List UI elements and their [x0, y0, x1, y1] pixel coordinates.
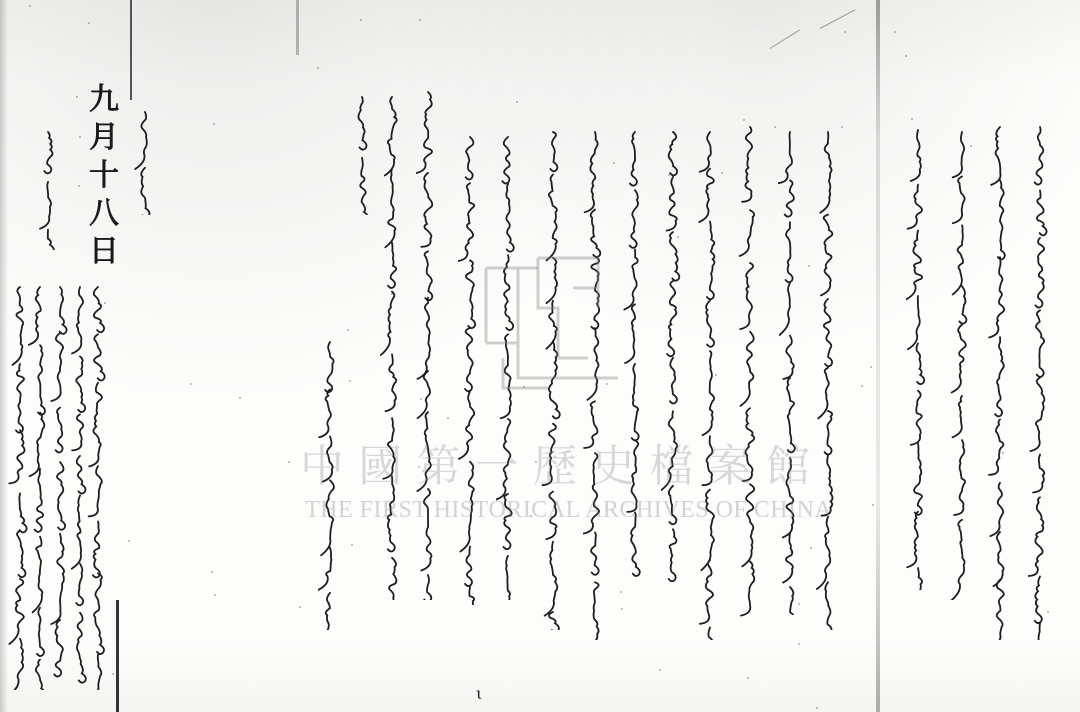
date-char: 月 [89, 122, 119, 154]
fold-line [876, 0, 880, 712]
paper-speck [349, 380, 351, 382]
paper-speck [128, 540, 130, 542]
ink-mark: ι [476, 684, 482, 703]
paper-crease [820, 9, 856, 29]
paper-speck [419, 19, 421, 21]
manchu-column [738, 125, 762, 625]
paper-speck [613, 162, 615, 164]
archive-seal-logo [478, 248, 626, 398]
date-char: 八 [89, 198, 119, 230]
manchu-column [133, 110, 157, 215]
paper-speck [861, 385, 863, 387]
paper-speck [621, 608, 623, 610]
date-char: 十 [89, 160, 119, 192]
paper-speck [743, 119, 745, 121]
paper-speck [288, 461, 290, 463]
manchu-column [8, 285, 32, 690]
manchu-column [906, 128, 930, 590]
paper-speck [774, 126, 776, 128]
paper-speck [677, 236, 679, 238]
paper-speck [798, 643, 800, 645]
paper-speck [790, 551, 792, 553]
paper-speck [76, 96, 78, 98]
paper-speck [420, 398, 422, 400]
paper-speck [970, 145, 972, 147]
paper-speck [1047, 611, 1049, 613]
paper-speck [391, 293, 393, 295]
page-edge-shadow [0, 0, 8, 712]
date-char: 日 [89, 236, 119, 268]
manchu-column [350, 95, 374, 215]
chinese-date: 九 月 十 八 日 [86, 84, 122, 268]
manchu-column [778, 130, 802, 615]
paper-speck [659, 669, 661, 671]
paper-speck [959, 541, 961, 543]
paper-speck [351, 544, 353, 546]
paper-speck [816, 707, 818, 709]
manchu-column [36, 130, 60, 250]
manchu-column [1028, 125, 1052, 640]
fold-line [296, 0, 299, 55]
paper-speck [360, 19, 362, 21]
manchu-column [698, 130, 722, 640]
watermark-chinese: 中國第一歷史檔案館 [300, 430, 810, 494]
paper-crease [770, 30, 800, 49]
fold-line [130, 0, 132, 100]
watermark-english: THE FIRST HISTORICAL ARCHIVES OF CHINA [305, 497, 805, 524]
manchu-column [380, 95, 404, 600]
paper-speck [29, 5, 31, 7]
date-char: 九 [89, 84, 119, 116]
manchu-column [816, 130, 840, 630]
paper-speck [810, 547, 812, 549]
paper-speck [841, 126, 843, 128]
manchu-column [950, 130, 974, 600]
paper-speck [88, 22, 90, 24]
fold-line [116, 600, 119, 712]
manchu-column [988, 125, 1012, 640]
